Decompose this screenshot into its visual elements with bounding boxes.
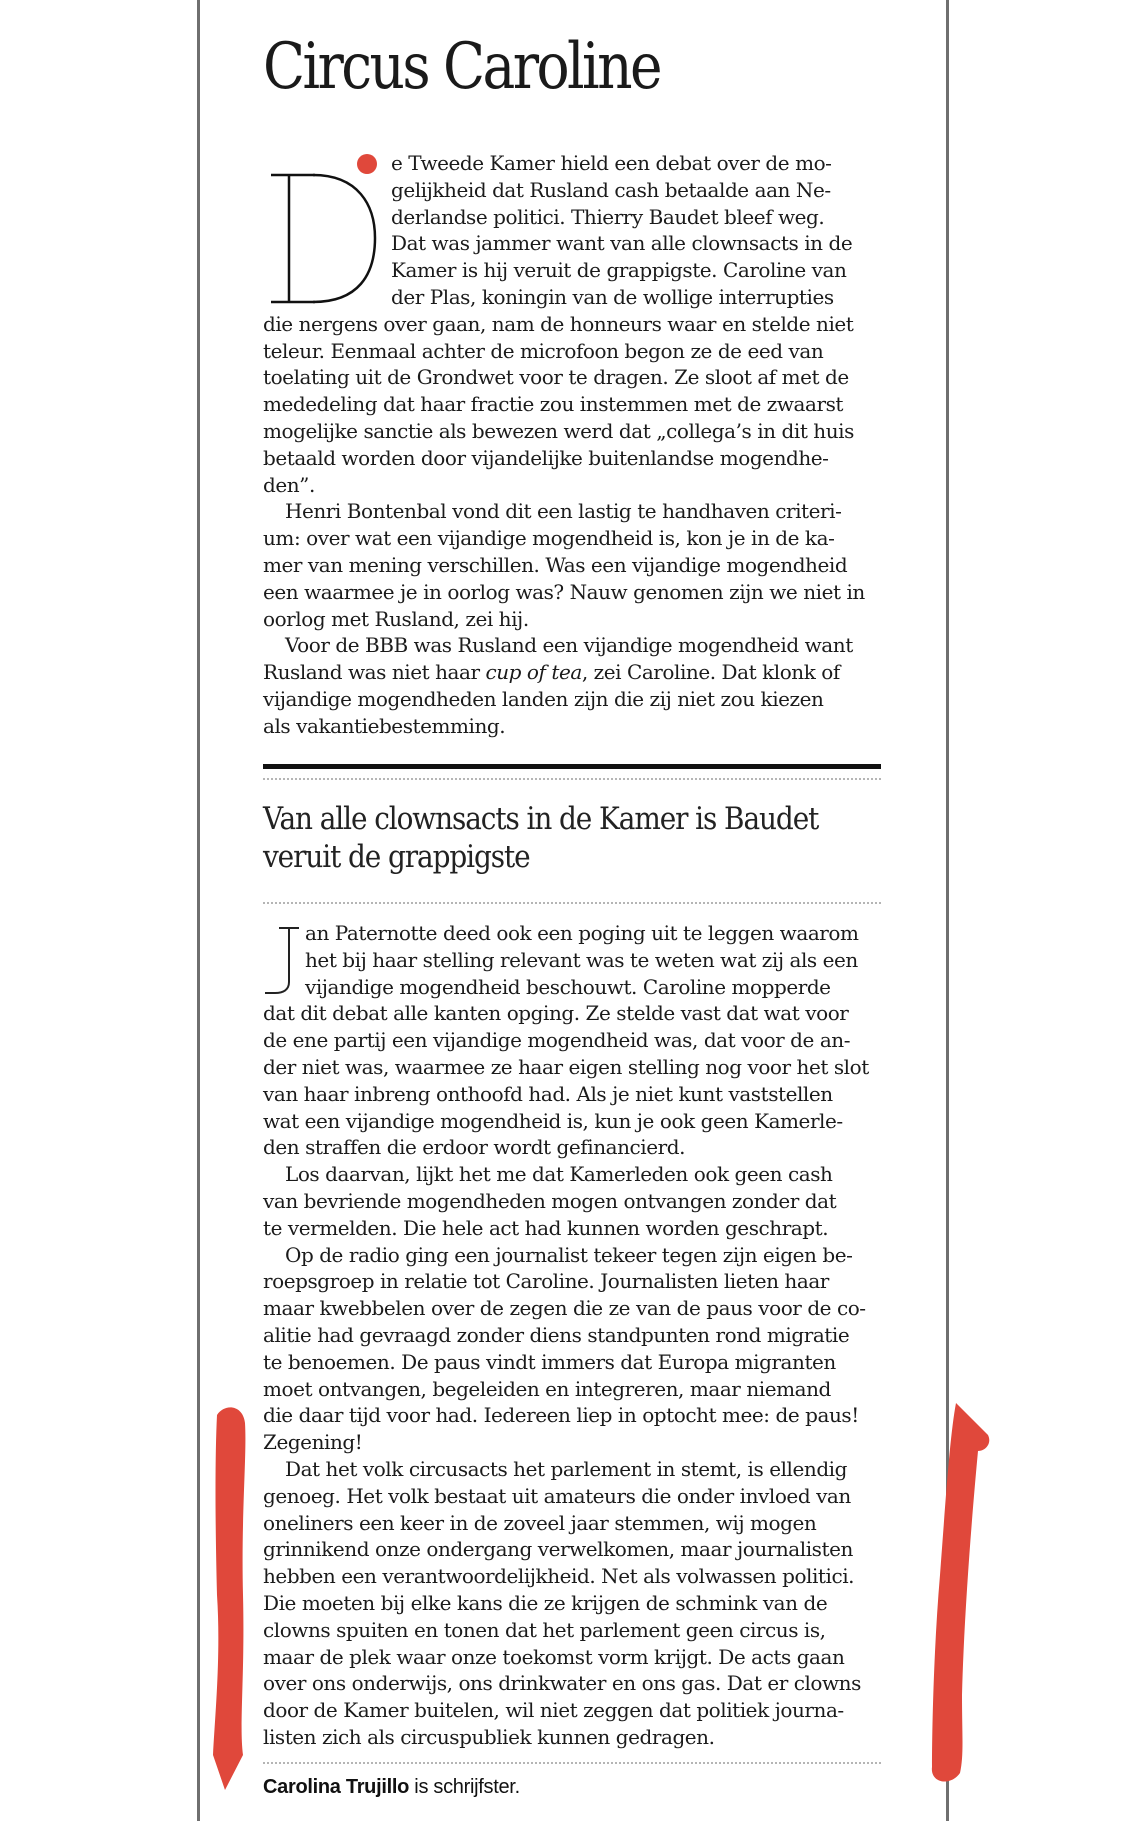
text-line: door de Kamer buitelen, wil niet zeggen … (263, 1697, 881, 1724)
text-line: die nergens over gaan, nam de honneurs w… (263, 311, 881, 338)
right-highlight-marker-icon (920, 1395, 1000, 1795)
section-2: an Paternotte deed ook een poging uit te… (263, 920, 881, 1751)
text-line: mogelijke sanctie als bewezen werd dat „… (263, 418, 881, 445)
text-line: Voor de BBB was Rusland een vijandige mo… (263, 632, 881, 659)
text-line: vijandige mogendheid beschouwt. Caroline… (263, 974, 881, 1001)
text-line: toelating uit de Grondwet voor te dragen… (263, 364, 881, 391)
text-line: oorlog met Rusland, zei hij. (263, 606, 881, 633)
text-line: Op de radio ging een journalist tekeer t… (263, 1242, 881, 1269)
byline: Carolina Trujillo is schrijfster. (263, 1776, 520, 1799)
text-line: die daar tijd voor had. Iedereen liep in… (263, 1402, 881, 1429)
section-2-text: an Paternotte deed ook een poging uit te… (263, 920, 881, 1751)
text-line: een waarmee je in oorlog was? Nauw genom… (263, 579, 881, 606)
text-line: Rusland was niet haar cup of tea, zei Ca… (263, 659, 881, 686)
article-title: Circus Caroline (263, 30, 660, 104)
left-highlight-marker-icon (195, 1395, 275, 1795)
drop-cap-d-icon (263, 150, 385, 310)
author-role: is schrijfster. (409, 1776, 520, 1798)
author-name: Carolina Trujillo (263, 1776, 409, 1798)
text-line: teleur. Eenmaal achter de microfoon bego… (263, 338, 881, 365)
text-line: grinnikend onze ondergang verwelkomen, m… (263, 1536, 881, 1563)
text-line: den”. (263, 472, 881, 499)
text-line: maar de plek waar onze toekomst vorm kri… (263, 1644, 881, 1671)
pull-quote-divider (263, 902, 881, 904)
text-line: betaald worden door vijandelijke buitenl… (263, 445, 881, 472)
text-line: van haar inbreng onthoofd had. Als je ni… (263, 1081, 881, 1108)
section-1: e Tweede Kamer hield een debat over de m… (263, 150, 881, 740)
pull-quote-heading: Van alle clownsacts in de Kamer is Baude… (263, 800, 819, 876)
text-line: hebben een verantwoordelijkheid. Net als… (263, 1563, 881, 1590)
text-line: het bij haar stelling relevant was te we… (263, 947, 881, 974)
section-divider-dotted (263, 778, 881, 780)
text-line: Dat het volk circusacts het parlement in… (263, 1456, 881, 1483)
text-line: maar kwebbelen over de zegen die ze van … (263, 1295, 881, 1322)
drop-cap-j (263, 920, 303, 1000)
text-line: de ene partij een vijandige mogendheid w… (263, 1027, 881, 1054)
text-line: genoeg. Het volk bestaat uit amateurs di… (263, 1483, 881, 1510)
text-line: van bevriende mogendheden mogen ontvange… (263, 1188, 881, 1215)
text-line: um: over wat een vijandige mogendheid is… (263, 525, 881, 552)
text-line: dat dit debat alle kanten opging. Ze ste… (263, 1000, 881, 1027)
text-line: listen zich als circuspubliek kunnen ged… (263, 1724, 881, 1751)
text-line: over ons onderwijs, ons drinkwater en on… (263, 1670, 881, 1697)
text-line: Die moeten bij elke kans die ze krijgen … (263, 1590, 881, 1617)
text-line: wat een vijandige mogendheid is, kun je … (263, 1108, 881, 1135)
newspaper-column: Circus Caroline e Tweede Kamer hield een… (197, 0, 949, 1821)
text-line: Henri Bontenbal vond dit een lastig te h… (263, 498, 881, 525)
text-line: mer van mening verschillen. Was een vija… (263, 552, 881, 579)
text-line: te benoemen. De paus vindt immers dat Eu… (263, 1349, 881, 1376)
text-line: als vakantiebestemming. (263, 713, 881, 740)
drop-cap-d (263, 150, 385, 310)
text-line: roepsgroep in relatie tot Caroline. Jour… (263, 1268, 881, 1295)
section-divider-thick (263, 764, 881, 769)
text-line: der niet was, waarmee ze haar eigen stel… (263, 1054, 881, 1081)
byline-divider (263, 1762, 881, 1764)
text-line: an Paternotte deed ook een poging uit te… (263, 920, 881, 947)
text-line: Los daarvan, lijkt het me dat Kamerleden… (263, 1161, 881, 1188)
drop-cap-j-icon (263, 920, 303, 1000)
text-line: moet ontvangen, begeleiden en integreren… (263, 1376, 881, 1403)
text-line: oneliners een keer in de zoveel jaar ste… (263, 1510, 881, 1537)
text-line: mededeling dat haar fractie zou instemme… (263, 391, 881, 418)
text-line: den straffen die erdoor wordt gefinancie… (263, 1134, 881, 1161)
text-line: vijandige mogendheden landen zijn die zi… (263, 686, 881, 713)
italic-phrase: cup of tea (485, 660, 581, 684)
text-line: alitie had gevraagd zonder diens standpu… (263, 1322, 881, 1349)
text-line: Zegening! (263, 1429, 881, 1456)
text-line: clowns spuiten en tonen dat het parlemen… (263, 1617, 881, 1644)
text-line: te vermelden. Die hele act had kunnen wo… (263, 1215, 881, 1242)
